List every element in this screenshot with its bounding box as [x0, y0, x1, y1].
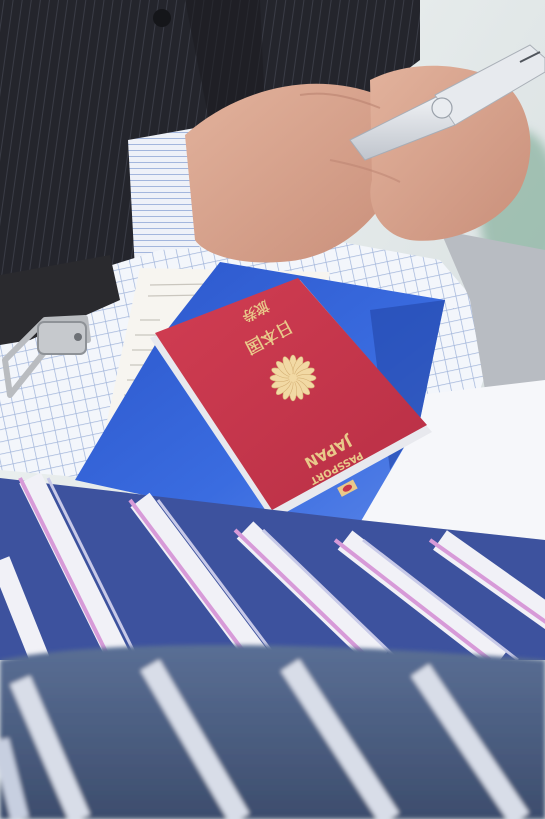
chrysanthemum-emblem-icon	[270, 355, 316, 401]
photo-scene: JAPAN PASSPORT 日本国 旅券	[0, 0, 545, 819]
photo-illustration: JAPAN PASSPORT 日本国 旅券	[0, 0, 545, 819]
striped-tie-foreground	[0, 645, 545, 819]
